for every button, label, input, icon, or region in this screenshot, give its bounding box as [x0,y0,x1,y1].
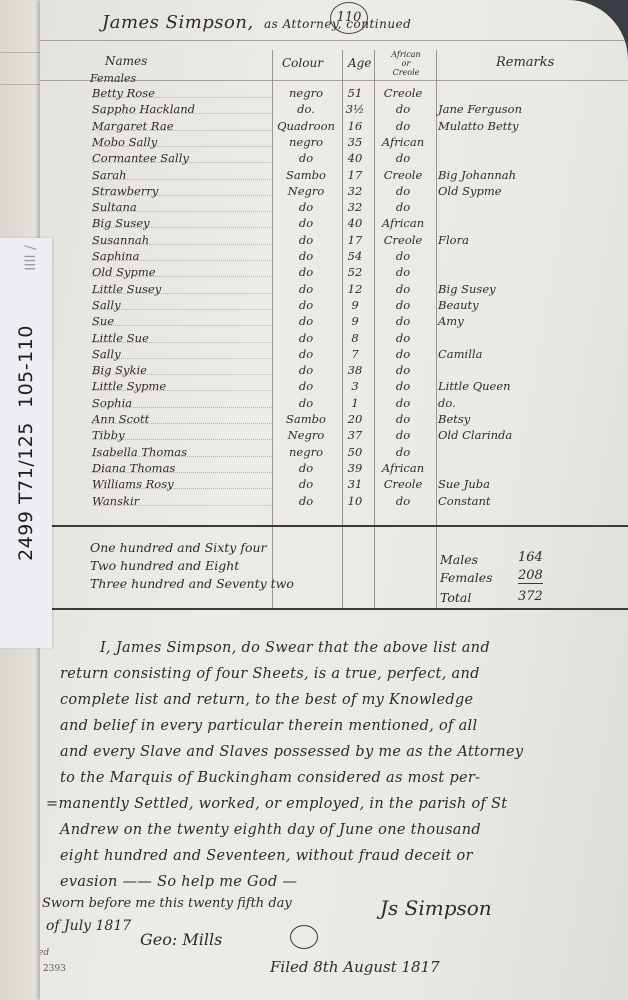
row-age: 32 [340,200,370,214]
ledger-row: Little Sypmedo3doLittle Queen [40,379,628,395]
row-origin: African [374,135,432,149]
row-age: 40 [340,216,370,230]
row-name: Williams Rosy [92,477,272,492]
row-remark: Mulatto Betty [438,119,618,133]
total-value-females: 208 [518,568,543,584]
row-name: Margaret Rae [92,119,272,134]
row-name: Isabella Thomas [92,445,272,460]
ledger-row: Cormantee Sallydo40do [40,151,628,167]
row-remark: Jane Ferguson [438,102,618,116]
row-colour: do [272,265,340,279]
ledger-row: Big Suseydo40African [40,216,628,232]
row-remark: Little Queen [438,379,618,393]
total-words-females: Two hundred and Eight [90,558,239,573]
ledger-row: TibbyNegro37doOld Clarinda [40,428,628,444]
row-name: Betty Rose [92,86,272,101]
page-title: James Simpson, as Attorney, continued [102,12,411,33]
archive-reference-text: 2499 T71/125105-110 [15,325,37,561]
row-age: 8 [340,331,370,345]
oath-line: Andrew on the twenty eighth day of June … [60,822,481,838]
ledger-row: Susannahdo17CreoleFlora [40,233,628,249]
ledger-row: Isabella Thomasnegro50do [40,445,628,461]
row-colour: do [272,347,340,361]
row-colour: do [272,396,340,410]
total-value-total: 372 [518,589,543,604]
row-origin: do [374,119,432,133]
row-colour: do [272,379,340,393]
row-colour: do [272,216,340,230]
header-rule-top [40,40,628,41]
oath-line: and every Slave and Slaves possessed by … [60,744,523,760]
row-name: Cormantee Sally [92,151,272,166]
oath-line: =manently Settled, worked, or employed, … [46,796,507,812]
row-age: 37 [340,428,370,442]
row-age: 17 [340,233,370,247]
row-colour: Sambo [272,412,340,426]
row-colour: Negro [272,428,340,442]
row-origin: do [374,314,432,328]
section-label-females: Females [90,72,136,85]
ledger-row: Ann ScottSambo20doBetsy [40,412,628,428]
ledger-row: Sultanado32do [40,200,628,216]
column-header-colour: Colour [282,56,323,70]
ledger-row: Sallydo7doCamilla [40,347,628,363]
row-age: 32 [340,184,370,198]
row-remark: Constant [438,494,618,508]
row-origin: do [374,249,432,263]
row-colour: do [272,282,340,296]
row-age: 3½ [340,102,370,116]
total-label-total: Total [440,590,471,605]
column-header-age: Age [348,56,371,70]
row-origin: Creole [374,477,432,491]
total-label-females: Females [440,570,493,585]
total-words-males: One hundred and Sixty four [90,540,267,555]
row-origin: Creole [374,168,432,182]
row-origin: do [374,151,432,165]
row-origin: do [374,445,432,459]
oath-line: return consisting of four Sheets, is a t… [60,666,480,682]
row-name: Sally [92,298,272,313]
ledger-row: Margaret RaeQuadroon16doMulatto Betty [40,119,628,135]
row-age: 51 [340,86,370,100]
row-colour: do [272,151,340,165]
row-origin: do [374,298,432,312]
row-origin: do [374,184,432,198]
sworn-line-2: of July 1817 [46,918,131,934]
row-age: 20 [340,412,370,426]
row-remark: Big Johannah [438,168,618,182]
row-origin: do [374,412,432,426]
row-name: Mobo Sally [92,135,272,150]
row-name: Little Sypme [92,379,272,394]
row-name: Sappho Hackland [92,102,272,117]
row-origin: do [374,200,432,214]
ledger-row: Sophiado1dodo. [40,396,628,412]
column-header-origin: African or Creole [378,50,434,77]
row-age: 12 [340,282,370,296]
row-age: 1 [340,396,370,410]
row-age: 54 [340,249,370,263]
oath-line: to the Marquis of Buckingham considered … [60,770,480,786]
corner-note: ed [40,948,49,958]
total-label-males: Males [440,552,478,567]
ledger-row: Betty Rosenegro51Creole [40,86,628,102]
row-age: 52 [340,265,370,279]
row-origin: do [374,102,432,116]
deponent-signature: Js Simpson [380,896,492,920]
row-origin: do [374,363,432,377]
row-colour: do [272,494,340,508]
total-value-males: 164 [518,550,543,565]
row-name: Little Susey [92,282,272,297]
row-origin: do [374,347,432,361]
oath-line: I, James Simpson, do Swear that the abov… [100,640,490,656]
row-colour: do. [272,102,340,116]
row-origin: Creole [374,233,432,247]
ledger-row: Sappho Hacklanddo.3½doJane Ferguson [40,102,628,118]
row-name: Big Sykie [92,363,272,378]
ledger-page: 110 James Simpson, as Attorney, continue… [40,0,628,1000]
row-age: 9 [340,314,370,328]
row-age: 17 [340,168,370,182]
archive-reference-label: 2499 T71/125105-110 IIII / [0,238,52,648]
row-age: 3 [340,379,370,393]
row-age: 38 [340,363,370,377]
total-words-all: Three hundred and Seventy two [90,576,294,591]
column-header-names: Names [105,54,147,68]
row-age: 39 [340,461,370,475]
row-origin: do [374,494,432,508]
row-remark: Sue Juba [438,477,618,491]
row-remark: Beauty [438,298,618,312]
row-name: Tibby [92,428,272,443]
row-remark: Old Sypme [438,184,618,198]
row-name: Sultana [92,200,272,215]
ledger-row: Suedo9doAmy [40,314,628,330]
row-origin: do [374,396,432,410]
ledger-row: Old Sypmedo52do [40,265,628,281]
ledger-row: Little Suseydo12doBig Susey [40,282,628,298]
row-name: Sarah [92,168,272,183]
ledger-row: Mobo Sallynegro35African [40,135,628,151]
title-suffix: as Attorney, continued [264,17,411,31]
title-name: James Simpson [102,12,247,33]
row-colour: Negro [272,184,340,198]
row-remark: Camilla [438,347,618,361]
signature-flourish [290,925,318,949]
ledger-row: Big Sykiedo38do [40,363,628,379]
row-age: 31 [340,477,370,491]
row-name: Saphina [92,249,272,264]
row-colour: do [272,233,340,247]
witness-signature: Geo: Mills [140,930,222,949]
row-colour: Quadroon [272,119,340,133]
row-name: Ann Scott [92,412,272,427]
row-age: 7 [340,347,370,361]
ledger-row: Wanskirdo10doConstant [40,494,628,510]
row-name: Old Sypme [92,265,272,280]
row-colour: do [272,249,340,263]
pencil-tally-mark: IIII / [23,245,39,271]
column-header-remarks: Remarks [496,55,554,70]
corner-number: 2393 [43,964,66,974]
row-name: Wanskir [92,494,272,509]
row-origin: do [374,282,432,296]
row-name: Strawberry [92,184,272,199]
ledger-row: Saphinado54do [40,249,628,265]
row-colour: negro [272,135,340,149]
oath-line: evasion —— So help me God — [60,874,297,890]
row-name: Sophia [92,396,272,411]
row-age: 40 [340,151,370,165]
row-origin: do [374,265,432,279]
oath-line: complete list and return, to the best of… [60,692,473,708]
row-colour: do [272,363,340,377]
row-origin: do [374,379,432,393]
row-name: Sue [92,314,272,329]
row-name: Big Susey [92,216,272,231]
row-remark: Amy [438,314,618,328]
row-remark: Old Clarinda [438,428,618,442]
row-name: Sally [92,347,272,362]
row-age: 50 [340,445,370,459]
row-name: Diana Thomas [92,461,272,476]
row-colour: do [272,314,340,328]
row-age: 35 [340,135,370,149]
row-colour: negro [272,445,340,459]
ledger-row: SarahSambo17CreoleBig Johannah [40,168,628,184]
sworn-line-1: Sworn before me this twenty fifth day [42,896,292,911]
row-colour: negro [272,86,340,100]
row-colour: do [272,461,340,475]
row-colour: do [272,331,340,345]
totals-rule-bottom [40,608,628,610]
filed-date: Filed 8th August 1817 [270,958,440,976]
oath-line: eight hundred and Seventeen, without fra… [60,848,473,864]
row-origin: do [374,428,432,442]
row-origin: Creole [374,86,432,100]
ledger-row: StrawberryNegro32doOld Sypme [40,184,628,200]
row-remark: Flora [438,233,618,247]
row-origin: do [374,331,432,345]
totals-rule-top [40,525,628,527]
ledger-row: Sallydo9doBeauty [40,298,628,314]
row-age: 16 [340,119,370,133]
ledger-row: Williams Rosydo31CreoleSue Juba [40,477,628,493]
row-age: 10 [340,494,370,508]
row-colour: do [272,477,340,491]
ledger-row: Diana Thomasdo39African [40,461,628,477]
ledger-row: Little Suedo8do [40,331,628,347]
row-remark: Betsy [438,412,618,426]
row-origin: African [374,216,432,230]
row-colour: Sambo [272,168,340,182]
row-origin: African [374,461,432,475]
row-colour: do [272,298,340,312]
row-name: Little Sue [92,331,272,346]
row-name: Susannah [92,233,272,248]
oath-line: and belief in every particular therein m… [60,718,477,734]
row-remark: do. [438,396,618,410]
row-colour: do [272,200,340,214]
row-age: 9 [340,298,370,312]
row-remark: Big Susey [438,282,618,296]
